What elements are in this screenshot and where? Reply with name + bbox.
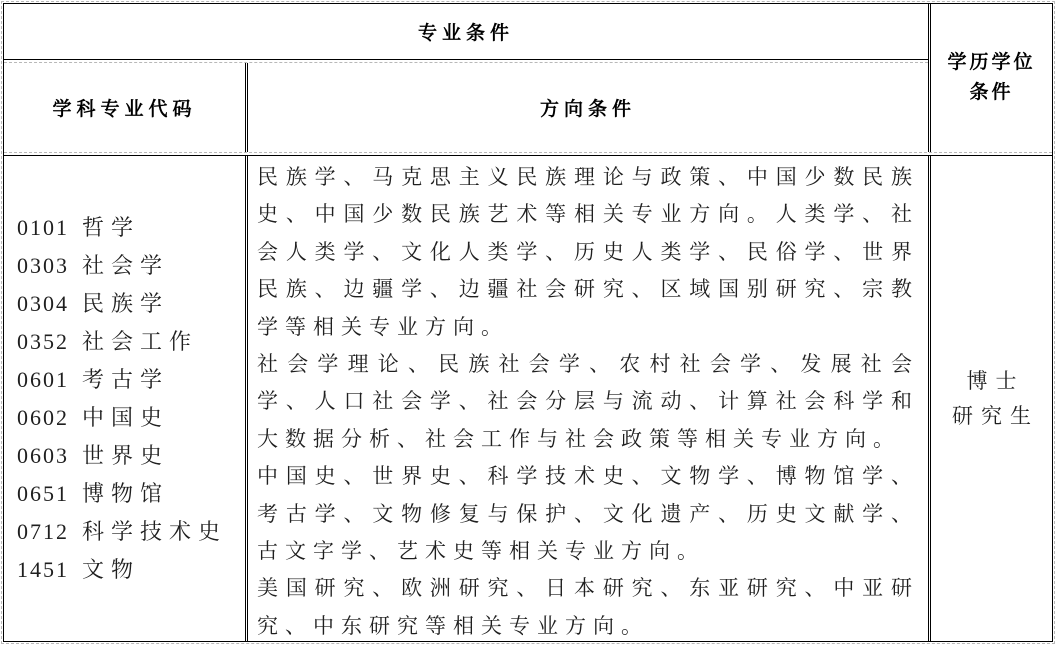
code-name: 民族学 xyxy=(82,285,169,323)
code-row: 0304 民族学 xyxy=(17,285,245,323)
code-row: 1451 文物 xyxy=(17,551,245,589)
direction-conditions-header-cell: 方向条件 xyxy=(245,63,928,152)
code-number: 0602 xyxy=(17,399,69,437)
direction-conditions-cell: 民族学、马克思主义民族理论与政策、中国少数民族史、中国少数民族艺术等相关专业方向… xyxy=(245,156,928,641)
degree-conditions-header-cell: 学历学位 条件 xyxy=(928,4,1052,152)
code-name: 世界史 xyxy=(82,437,169,475)
code-row: 0303 社会学 xyxy=(17,247,245,285)
code-number: 1451 xyxy=(17,551,69,589)
direction-paragraph-4: 美国研究、欧洲研究、日本研究、东亚研究、中亚研究、中东研究等相关专业方向。 xyxy=(257,570,919,641)
professional-conditions-label: 专业条件 xyxy=(418,18,514,45)
code-number: 0601 xyxy=(17,361,69,399)
code-number: 0303 xyxy=(17,247,69,285)
code-number: 0101 xyxy=(17,209,69,247)
code-name: 中国史 xyxy=(82,399,169,437)
code-row: 0712 科学技术史 xyxy=(17,513,245,551)
subject-codes-cell: 0101 哲学 0303 社会学 0304 民族学 0352 社会工作 0601… xyxy=(4,156,245,641)
code-row: 0651 博物馆 xyxy=(17,475,245,513)
code-row: 0101 哲学 xyxy=(17,209,245,247)
code-number: 0352 xyxy=(17,323,69,361)
degree-header-line-1: 学历学位 xyxy=(947,48,1035,78)
code-row: 0352 社会工作 xyxy=(17,323,245,361)
direction-paragraph-1: 民族学、马克思主义民族理论与政策、中国少数民族史、中国少数民族艺术等相关专业方向… xyxy=(257,159,919,346)
code-name: 社会学 xyxy=(82,247,169,285)
direction-paragraph-3: 中国史、世界史、科学技术史、文物学、博物馆学、考古学、文物修复与保护、文化遗产、… xyxy=(257,458,919,570)
code-name: 文物 xyxy=(82,551,140,589)
code-row: 0603 世界史 xyxy=(17,437,245,475)
direction-conditions-label: 方向条件 xyxy=(540,94,636,121)
code-name: 哲学 xyxy=(82,209,140,247)
code-name: 社会工作 xyxy=(82,323,198,361)
code-name: 考古学 xyxy=(82,361,169,399)
code-number: 0712 xyxy=(17,513,69,551)
direction-paragraph-2: 社会学理论、民族社会学、农村社会学、发展社会学、人口社会学、社会分层与流动、计算… xyxy=(257,346,919,458)
professional-conditions-header-cell: 专业条件 xyxy=(4,4,928,59)
code-number: 0651 xyxy=(17,475,69,513)
degree-header-line-2: 条件 xyxy=(969,78,1013,108)
code-name: 博物馆 xyxy=(82,475,169,513)
degree-line-1: 博士 xyxy=(967,364,1025,399)
degree-requirement-cell: 博士 研究生 xyxy=(928,156,1052,641)
qualification-conditions-table: 专业条件 学历学位 条件 学科专业代码 方向条件 0101 哲学 0303 社会… xyxy=(3,3,1053,642)
code-number: 0603 xyxy=(17,437,69,475)
code-number: 0304 xyxy=(17,285,69,323)
code-row: 0601 考古学 xyxy=(17,361,245,399)
degree-line-2: 研究生 xyxy=(952,399,1039,434)
subject-code-label: 学科专业代码 xyxy=(52,94,196,121)
code-name: 科学技术史 xyxy=(82,513,227,551)
subject-code-header-cell: 学科专业代码 xyxy=(4,63,245,152)
code-row: 0602 中国史 xyxy=(17,399,245,437)
